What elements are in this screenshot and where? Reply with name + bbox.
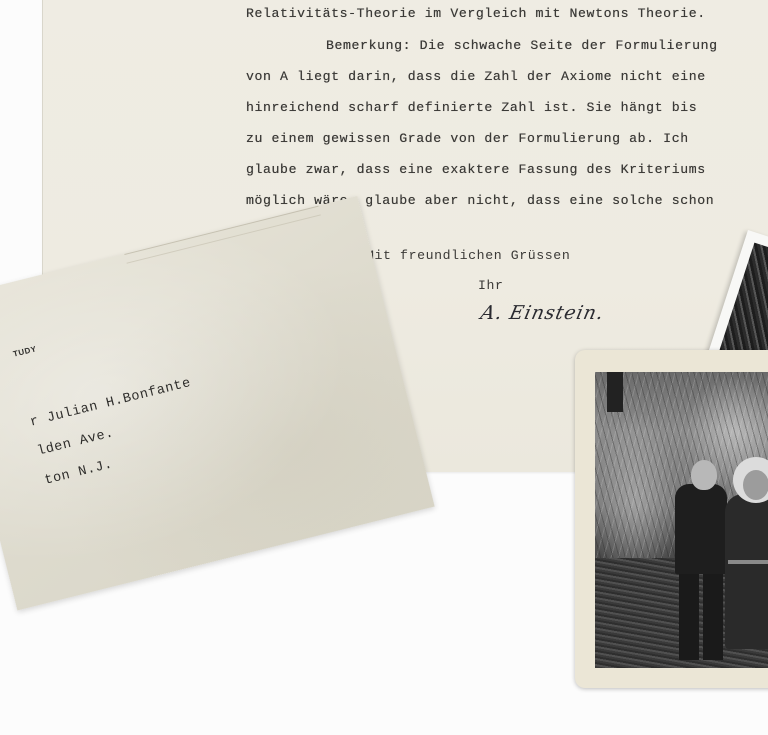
photo-man-head — [691, 460, 717, 490]
handwritten-signature: A. Einstein. — [479, 302, 607, 324]
photo-tree-trunk — [607, 372, 623, 412]
photo-belt — [728, 560, 768, 564]
photo-man-legs — [679, 570, 723, 660]
letter-line: Bemerkung: Die schwache Seite der Formul… — [326, 38, 718, 54]
envelope-return-header: TUDY — [12, 344, 37, 358]
photo-second-person — [725, 494, 768, 649]
photo-second-person-face — [743, 470, 768, 500]
letter-closing: Mit freundlichen Grüssen — [366, 248, 570, 263]
photo-man — [675, 484, 727, 574]
envelope-address-line: lden Ave. — [36, 426, 116, 459]
envelope-address-line: ton N.J. — [43, 457, 114, 488]
letter-line: hinreichend scharf definierte Zahl ist. … — [246, 100, 697, 116]
photo-image — [595, 372, 768, 668]
letter-line: Relativitäts-Theorie im Vergleich mit Ne… — [246, 6, 706, 22]
envelope-address-line: r Julian H.Bonfante — [29, 376, 193, 431]
letter-line: glaube zwar, dass eine exaktere Fassung … — [246, 162, 706, 178]
letter-ihr: Ihr — [478, 278, 504, 293]
photograph — [575, 350, 768, 688]
letter-line: zu einem gewissen Grade von der Formulie… — [246, 131, 689, 147]
letter-line: von A liegt darin, dass die Zahl der Axi… — [246, 69, 706, 85]
